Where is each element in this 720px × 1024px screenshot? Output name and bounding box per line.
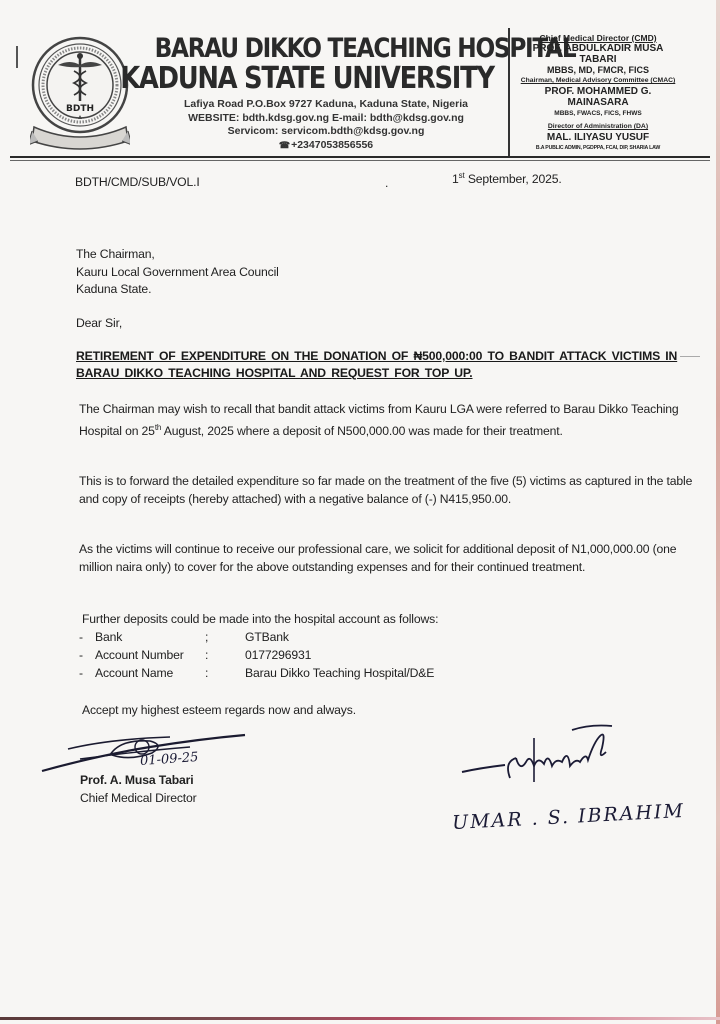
- reference-number: BDTH/CMD/SUB/VOL.I: [75, 175, 200, 189]
- scan-artifact: [680, 356, 700, 357]
- official-name-cmd: PROF. ABDULKADIR MUSA TABARI: [514, 43, 682, 65]
- recipient-line: Kaduna State.: [76, 281, 279, 299]
- hospital-contact: Lafiya Road P.O.Box 9727 Kaduna, Kaduna …: [140, 98, 512, 152]
- deposit-intro: Further deposits could be made into the …: [82, 612, 438, 626]
- recipient-address: The Chairman, Kauru Local Government Are…: [76, 246, 279, 299]
- recipient-line: The Chairman,: [76, 246, 279, 264]
- official-name-cmac: PROF. MOHAMMED G. MAINASARA: [514, 86, 682, 108]
- paragraph-expenditure: This is to forward the detailed expendit…: [79, 473, 709, 508]
- official-role-da: Director of Administration (DA): [514, 122, 682, 132]
- header-divider: [508, 28, 510, 156]
- letter-page: BDTH BARAU DIKKO TEACHING HOSPITAL KADUN…: [0, 0, 720, 1024]
- svg-text:BDTH: BDTH: [66, 104, 94, 114]
- scan-edge-right: [716, 0, 720, 1024]
- receiver-handwritten-name: UMAR . S. IBRAHIM: [452, 800, 686, 834]
- paragraph-request: As the victims will continue to receive …: [79, 541, 709, 576]
- account-details: -Bank;GTBank -Account Number:0177296931 …: [79, 629, 434, 682]
- officials-block: Chief Medical Director (CMD) PROF. ABDUL…: [514, 33, 682, 154]
- official-name-da: MAL. ILIYASU YUSUF: [514, 132, 682, 143]
- paragraph-recall: The Chairman may wish to recall that ban…: [79, 401, 709, 440]
- official-quals-cmd: MBBS, MD, FMCR, FICS: [514, 65, 682, 76]
- header-rule: [10, 156, 710, 158]
- signer-title: Chief Medical Director: [80, 789, 197, 807]
- hospital-servicom: Servicom: servicom.bdth@kdsg.gov.ng: [140, 125, 512, 139]
- scan-edge-bottom: [0, 1017, 720, 1020]
- salutation: Dear Sir,: [76, 316, 122, 330]
- hospital-website-email: WEBSITE: bdth.kdsg.gov.ng E-mail: bdth@k…: [140, 112, 512, 126]
- letter-date: 1st September, 2025.: [452, 171, 562, 186]
- account-row-bank: -Bank;GTBank: [79, 629, 434, 647]
- official-quals-da: B.A PUBLIC ADMIN, PGDPPA, FCAI, DIP, SHA…: [514, 143, 682, 154]
- hospital-name: BARAU DIKKO TEACHING HOSPITAL KADUNA STA…: [155, 34, 482, 94]
- header-rule-thin: [10, 160, 710, 161]
- signer-name: Prof. A. Musa Tabari: [80, 771, 197, 789]
- hospital-address: Lafiya Road P.O.Box 9727 Kaduna, Kaduna …: [140, 98, 512, 112]
- official-role-cmac: Chairman, Medical Advisory Committee (CM…: [514, 76, 682, 86]
- closing-remark: Accept my highest esteem regards now and…: [82, 703, 356, 717]
- hospital-phone: +2347053856556: [140, 139, 512, 153]
- letter-subject: RETIREMENT OF EXPENDITURE ON THE DONATIO…: [76, 348, 706, 382]
- stray-dot: .: [385, 176, 388, 190]
- account-row-number: -Account Number:0177296931: [79, 647, 434, 665]
- margin-mark: [16, 46, 18, 68]
- hospital-logo-icon: BDTH: [30, 35, 130, 153]
- recipient-line: Kauru Local Government Area Council: [76, 264, 279, 282]
- receiver-signature-icon: [460, 722, 660, 792]
- signer-block: Prof. A. Musa Tabari Chief Medical Direc…: [80, 771, 197, 807]
- official-quals-cmac: MBBS, FWACS, FICS, FHWS: [514, 108, 682, 119]
- official-role-cmd: Chief Medical Director (CMD): [514, 33, 682, 43]
- account-row-name: -Account Name:Barau Dikko Teaching Hospi…: [79, 665, 434, 683]
